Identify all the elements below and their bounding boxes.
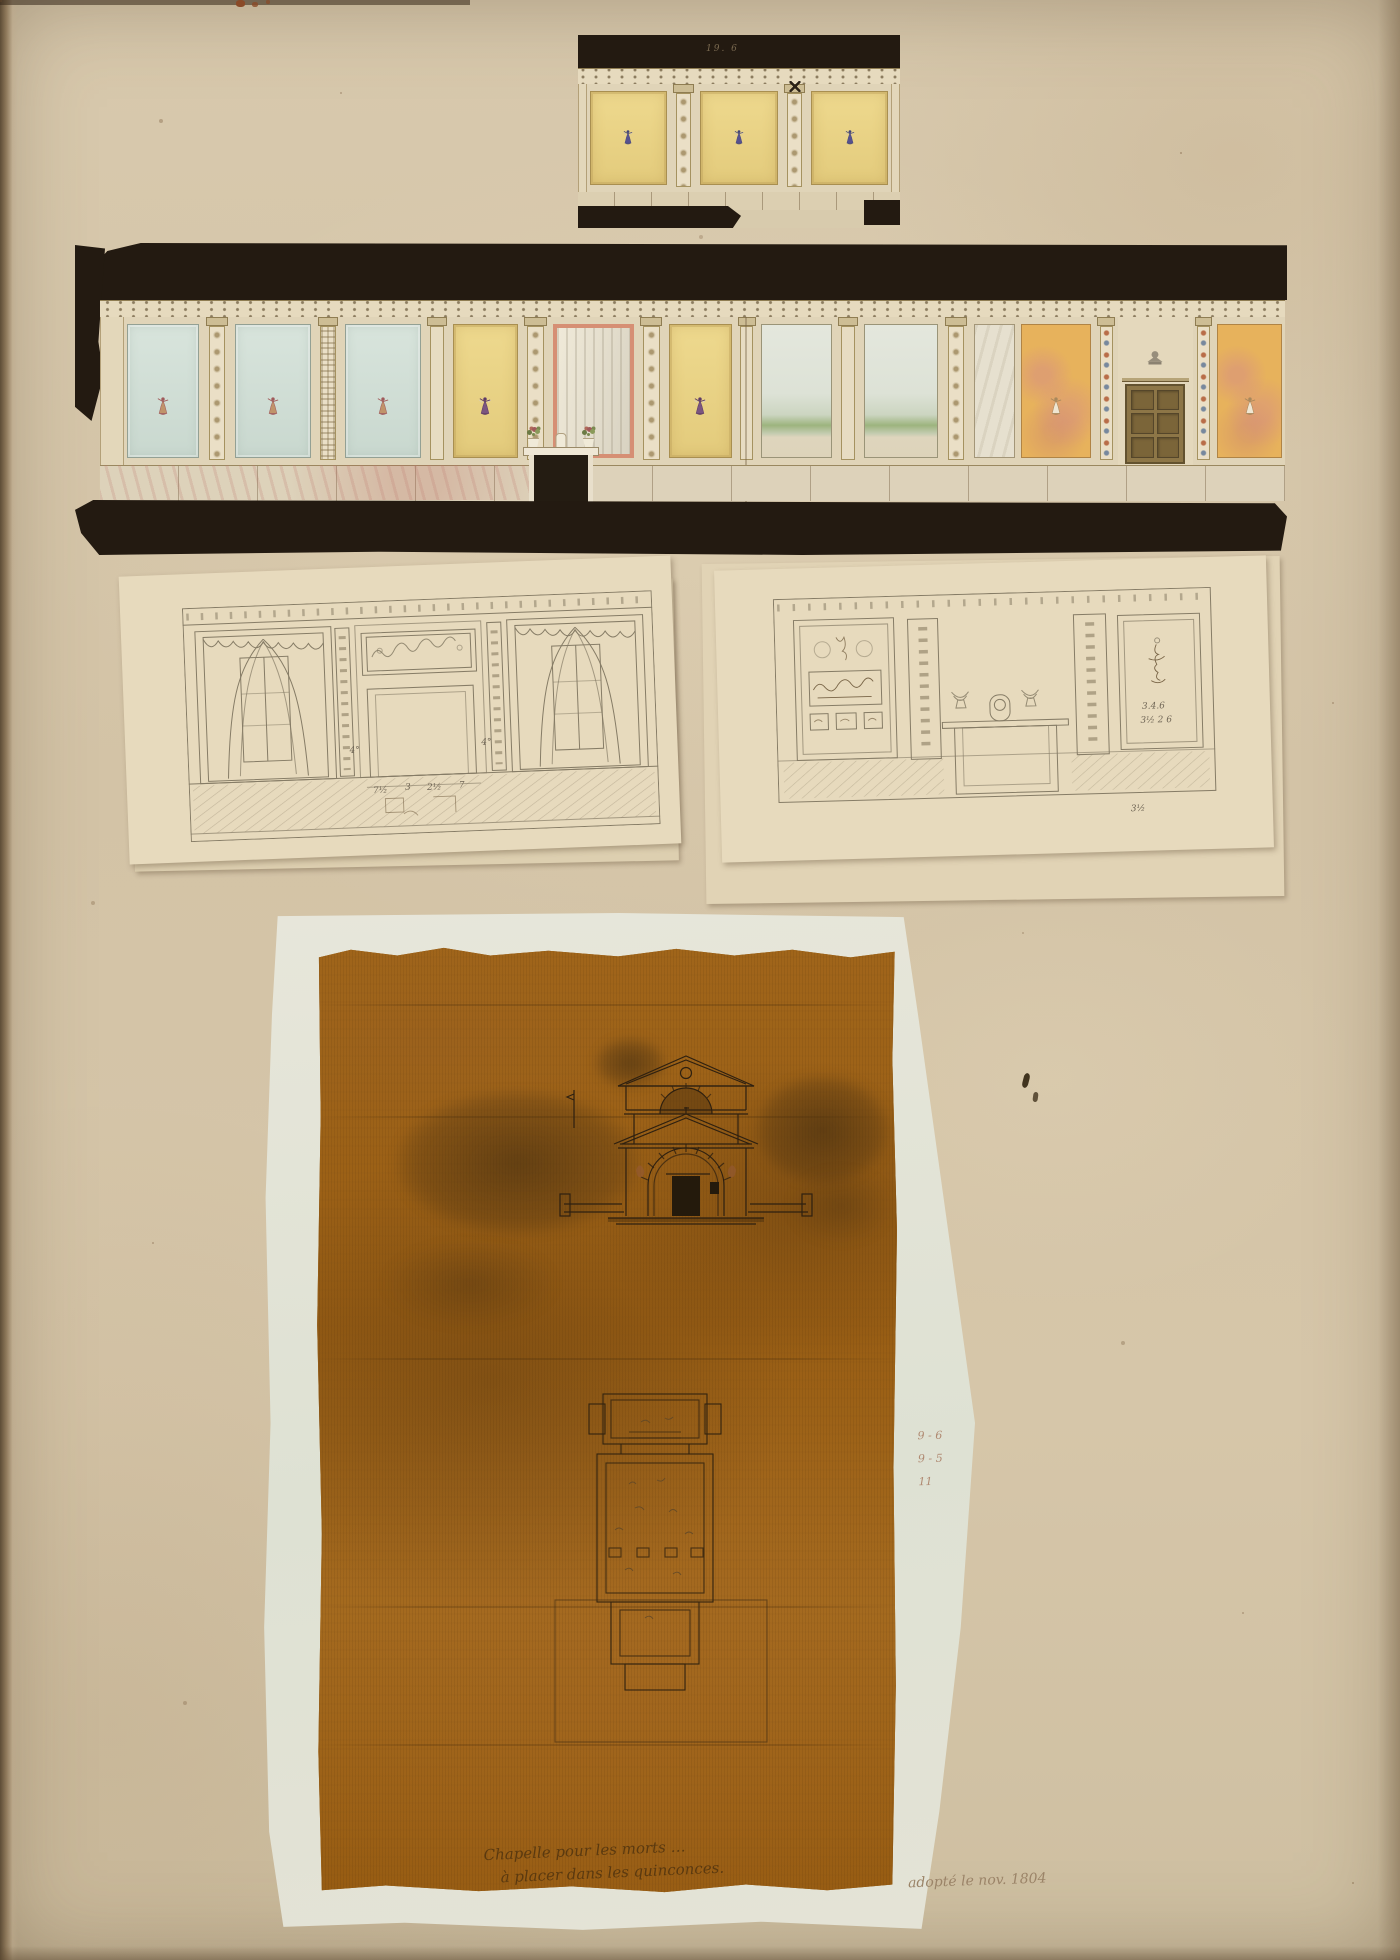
wall-panel-yellow — [666, 317, 735, 465]
dancing-figure-icon — [844, 129, 856, 148]
wall-panel-blue — [124, 317, 203, 465]
measurement: 9 - 5 — [918, 1447, 943, 1471]
dimension-note: 7½ — [373, 785, 388, 797]
dancing-figure-icon — [693, 395, 708, 418]
ink-stain — [1032, 1092, 1038, 1103]
black-mount-band — [578, 206, 741, 228]
wall-panel-orange — [1214, 317, 1285, 465]
wall-panel-pil-cand — [202, 317, 231, 465]
pilaster-shaft — [676, 93, 691, 187]
panel-face — [669, 324, 732, 458]
pilaster-shaft — [643, 326, 660, 460]
pilaster-shaft — [787, 93, 802, 187]
wall-panel-edge — [100, 317, 124, 465]
ink-caption: Chapelle pour les morts … à placer dans … — [483, 1832, 765, 1889]
x-mark-icon — [789, 81, 800, 92]
dimension-note: 7 — [459, 781, 465, 791]
panel-wall — [578, 84, 900, 193]
wall-panel-pil-cand — [670, 84, 697, 192]
panel-face — [453, 324, 518, 458]
panel-face — [345, 324, 422, 458]
wall-panel-land — [758, 317, 835, 465]
tracing-paper: Chapelle pour les morts … à placer dans … — [316, 946, 897, 1894]
paper-crease — [316, 1004, 897, 1006]
wall-panel-pil-cand — [637, 317, 666, 465]
fresco-figure-icon — [728, 1165, 736, 1177]
wall-elevation-sketch: 3.4.6 3½ 2 6 3½ — [773, 587, 1220, 839]
black-mount-band: 19. 6 — [578, 35, 900, 68]
bust-icon — [1142, 350, 1168, 369]
panel-face — [864, 324, 939, 458]
wall-panel-edge — [891, 84, 900, 192]
album-page: 19. 6 — [0, 0, 1400, 1960]
pencil-measurements: 9 - 6 9 - 5 11 — [917, 1424, 943, 1494]
dimension-note: 3.4.6 — [1142, 701, 1165, 712]
watercolor-elevation-long — [75, 243, 1287, 555]
flower-vase-icon — [526, 426, 541, 448]
dimension-note: 3 — [405, 783, 411, 793]
flower-vase-icon — [581, 426, 596, 448]
dimension-note: 2½ — [426, 781, 442, 793]
wall-panel-pil-cand — [781, 84, 808, 192]
corner-stain — [252, 2, 258, 7]
dancing-figure-icon — [478, 395, 493, 418]
wall-panel-pil-color — [1094, 317, 1118, 465]
dimension-note: 4° — [348, 746, 360, 756]
arabesque-pilaster — [335, 622, 507, 776]
chapel-elevation-drawing — [508, 1052, 860, 1250]
panel-face — [811, 91, 887, 185]
wall-panel-yellow — [587, 84, 669, 192]
measurement: 11 — [918, 1470, 943, 1494]
wall-panel-edge — [578, 84, 587, 192]
dimension-note: 4° — [480, 738, 492, 748]
page-edge-right — [1378, 0, 1400, 1960]
ink-stain — [1021, 1072, 1030, 1088]
watercolor-frieze-small: 19. 6 — [578, 35, 900, 228]
figure-panel — [1117, 613, 1203, 749]
wall-panel-pil-color — [1193, 317, 1215, 465]
dimension-note: 3½ — [1131, 803, 1146, 814]
panel-face — [235, 324, 312, 458]
pencil-sketch-left: 4° 4° 7½ 3 2½ 7 — [119, 556, 682, 865]
door-cornice — [1122, 378, 1189, 382]
page-edge-top — [0, 0, 470, 5]
pilaster-shaft — [1100, 326, 1113, 460]
date-inscription: adopté le nov. 1804 — [908, 1869, 1098, 1892]
fresco-figure-icon — [636, 1165, 644, 1177]
dancing-figure-icon — [1242, 395, 1257, 418]
dancing-figure-icon — [1049, 395, 1064, 418]
wall-panel-pil-fret — [314, 317, 342, 465]
measurement: 9 - 6 — [917, 1424, 942, 1448]
paper-specks — [0, 0, 2, 2]
pilaster-shaft — [320, 326, 335, 460]
wall-panel-blue — [232, 317, 315, 465]
corner-stain — [236, 0, 245, 7]
page-edge-bottom — [0, 1946, 1400, 1960]
mount-number: 19. 6 — [706, 44, 739, 54]
arabesque-pilaster — [1073, 614, 1109, 755]
pilaster-shaft — [430, 326, 444, 460]
dimension-note: 3½ 2 6 — [1140, 714, 1172, 726]
wall-panel-marble — [971, 317, 1018, 465]
dancing-figure-icon — [376, 395, 391, 418]
paneled-door — [1125, 384, 1185, 464]
fireplace-mantel — [942, 689, 1071, 794]
panel-face — [974, 324, 1015, 458]
pilaster-shaft — [841, 326, 855, 460]
panel-face — [590, 91, 666, 185]
fireplace — [523, 439, 599, 505]
wall-panel-yellow — [808, 84, 890, 192]
pilaster-shaft — [209, 326, 226, 460]
black-mount-band — [75, 500, 1287, 555]
panel-face — [1021, 324, 1092, 458]
wall-panel-blue — [342, 317, 425, 465]
wall-panel-orange — [1018, 317, 1095, 465]
dancing-figure-icon — [155, 395, 170, 418]
panel-face — [761, 324, 832, 458]
marble-dado — [100, 465, 552, 500]
panel-face — [1217, 324, 1282, 458]
black-mount-band — [93, 243, 1287, 300]
dancing-figure-icon — [265, 395, 280, 418]
wall-panel-pil-cand — [941, 317, 970, 465]
panel-face — [127, 324, 200, 458]
wall-elevation-sketch: 4° 4° 7½ 3 2½ 7 — [182, 590, 661, 842]
binding-edge — [0, 0, 18, 1960]
paper-crease — [316, 1358, 897, 1360]
wall-panel-land — [861, 317, 942, 465]
arabesque-pilaster — [907, 619, 941, 760]
wall-panel-pil-plain — [424, 317, 450, 465]
panel-wall — [100, 317, 1285, 466]
door-bay — [1118, 317, 1193, 465]
wall-panel-yellow — [697, 84, 781, 192]
pencil-sketch-right: 3.4.6 3½ 2 6 3½ — [714, 555, 1274, 862]
wall-panel-yellow — [450, 317, 521, 465]
pilaster-shaft — [948, 326, 965, 460]
curtained-window — [195, 627, 337, 784]
wall-panel-pil-plain — [835, 317, 861, 465]
relief-panel — [793, 618, 897, 761]
dancing-figure-icon — [622, 129, 634, 148]
wash-stain — [380, 1238, 560, 1330]
pilaster-shaft — [1197, 326, 1209, 460]
firebox-opening — [529, 455, 593, 505]
black-mount-band — [864, 200, 900, 225]
chapel-plan-drawing — [545, 1388, 775, 1748]
dancing-figure-icon — [733, 129, 745, 148]
corner-stain — [266, 0, 270, 4]
panel-face — [700, 91, 778, 185]
